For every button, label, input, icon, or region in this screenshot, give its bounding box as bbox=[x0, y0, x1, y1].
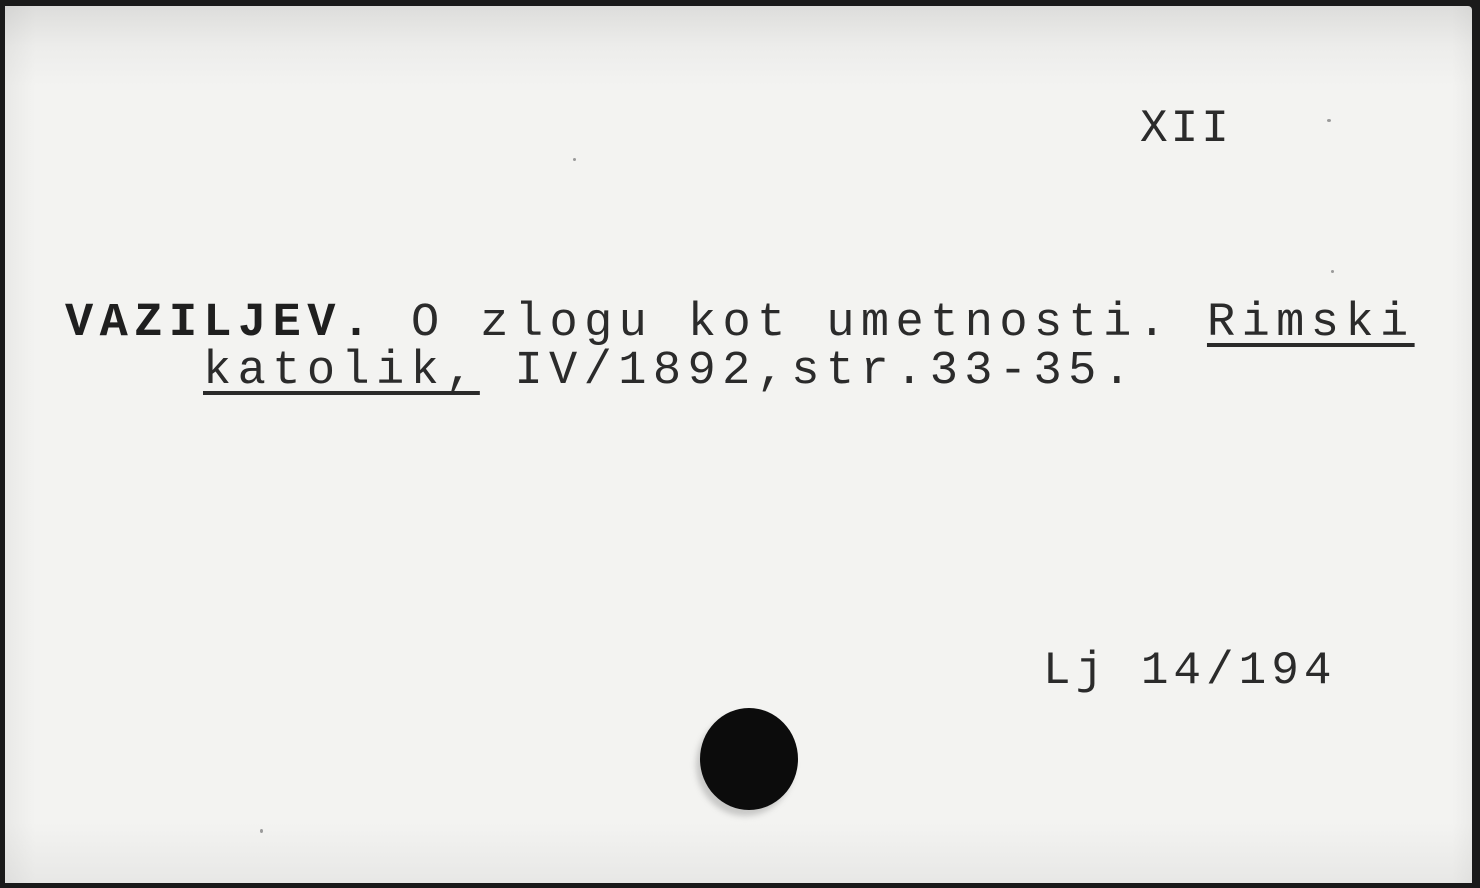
article-title: O zlogu kot umetnosti. bbox=[376, 297, 1207, 350]
paper-speck bbox=[573, 158, 576, 161]
publication-details: IV/1892,str.33-35. bbox=[480, 345, 1138, 398]
paper-speck bbox=[260, 829, 263, 833]
catalog-card: XII VAZILJEV. O zlogu kot umetnosti. Rim… bbox=[5, 6, 1472, 883]
journal-title-part-2: katolik, bbox=[203, 345, 480, 398]
journal-title-part-1: Rimski bbox=[1207, 297, 1415, 350]
location-code: Lj 14/194 bbox=[1043, 648, 1336, 694]
paper-speck bbox=[1327, 119, 1331, 122]
call-number: XII bbox=[1140, 106, 1232, 152]
paper-speck bbox=[1331, 270, 1334, 273]
author-name: VAZILJEV. bbox=[65, 297, 376, 350]
punch-hole bbox=[700, 708, 798, 810]
entry-line-2: katolik, IV/1892,str.33-35. bbox=[203, 348, 1137, 395]
entry-line-1: VAZILJEV. O zlogu kot umetnosti. Rimski bbox=[65, 300, 1415, 347]
